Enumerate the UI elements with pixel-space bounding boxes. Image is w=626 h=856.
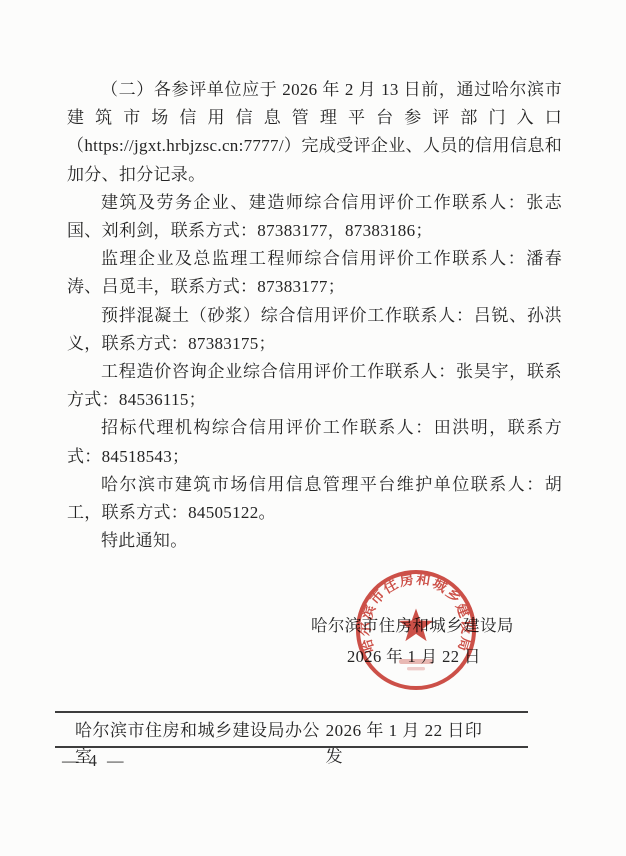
paragraph-contact-cost-consulting: 工程造价咨询企业综合信用评价工作联系人：张昊宇，联系方式：84536115； [67,358,562,414]
document-page: （二）各参评单位应于 2026 年 2 月 13 日前，通过哈尔滨市建筑市场信用… [0,0,626,856]
footer-top-rule [55,711,528,713]
platform-url: （https://jgxt.hrbjzsc.cn:7777/） [67,136,301,155]
paragraph-contact-bidding-agency: 招标代理机构综合信用评价工作联系人：田洪明，联系方式：84518543； [67,414,562,470]
intro-text-pre: （二）各参评单位应于 2026 年 2 月 13 日前，通过哈尔滨市建筑市场信用… [67,80,562,127]
paragraph-intro: （二）各参评单位应于 2026 年 2 月 13 日前，通过哈尔滨市建筑市场信用… [67,76,562,189]
seal-star-icon [399,609,433,642]
document-body: （二）各参评单位应于 2026 年 2 月 13 日前，通过哈尔滨市建筑市场信用… [67,76,562,555]
footer-print-date: 2026 年 1 月 22 日印发 [326,718,528,770]
seal-small-smudge-2 [407,667,425,670]
page-number: — 4 — [62,751,127,771]
seal-small-smudge [399,659,433,664]
official-seal-stamp: 哈尔滨市住房和城乡建设局 [351,565,481,695]
paragraph-contact-supervision: 监理企业及总监理工程师综合信用评价工作联系人：潘春涛、吕觅丰，联系方式：8738… [67,245,562,301]
paragraph-closing: 特此通知。 [67,527,562,555]
footer-bottom-rule [55,746,528,748]
paragraph-contact-construction: 建筑及劳务企业、建造师综合信用评价工作联系人：张志国、刘利剑，联系方式：8738… [67,189,562,245]
paragraph-contact-concrete: 预拌混凝土（砂浆）综合信用评价工作联系人：吕锐、孙洪义，联系方式：8738317… [67,302,562,358]
paragraph-contact-platform-maintenance: 哈尔滨市建筑市场信用信息管理平台维护单位联系人：胡工，联系方式：84505122… [67,471,562,527]
